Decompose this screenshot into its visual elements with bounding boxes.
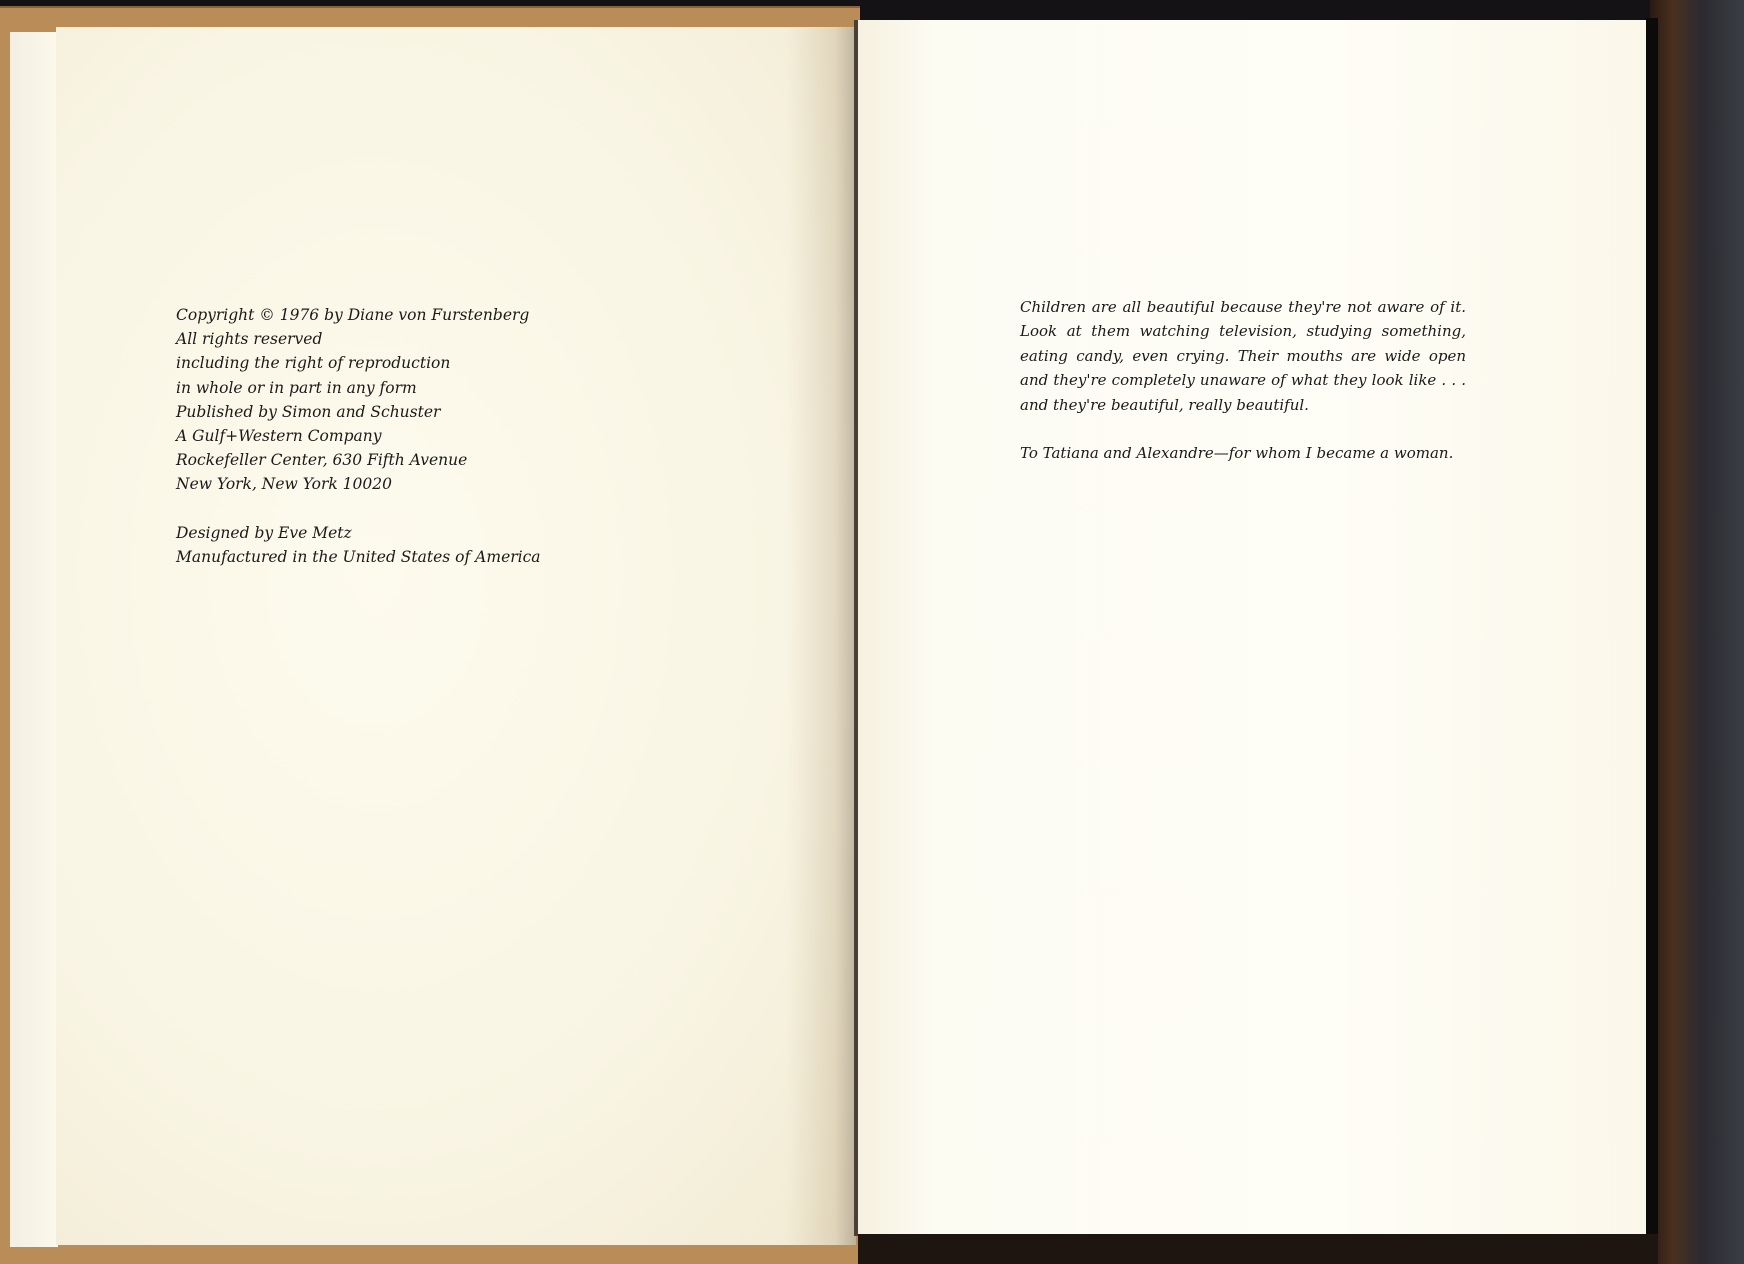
right-cover-edge bbox=[1646, 18, 1658, 1236]
left-page bbox=[56, 27, 856, 1245]
form-line: in whole or in part in any form bbox=[176, 376, 541, 400]
manufacturing-note: Manufactured in the United States of Ame… bbox=[176, 545, 541, 569]
bottom-shadow bbox=[858, 1234, 1658, 1264]
background-right bbox=[1650, 0, 1744, 1264]
publisher-line: Published by Simon and Schuster bbox=[176, 400, 541, 424]
epigraph-paragraph: Children are all beautiful because they'… bbox=[1020, 295, 1466, 417]
parent-company-line: A Gulf+Western Company bbox=[176, 424, 541, 448]
city-line: New York, New York 10020 bbox=[176, 472, 541, 496]
left-flyleaf-edge bbox=[10, 32, 58, 1247]
designer-credit: Designed by Eve Metz bbox=[176, 521, 541, 545]
copyright-line: Copyright © 1976 by Diane von Furstenber… bbox=[176, 303, 541, 327]
reproduction-line: including the right of reproduction bbox=[176, 351, 541, 375]
right-page bbox=[858, 20, 1646, 1234]
dedication-paragraph: To Tatiana and Alexandre—for whom I beca… bbox=[1020, 441, 1466, 465]
copyright-notice: Copyright © 1976 by Diane von Furstenber… bbox=[176, 303, 541, 569]
rights-line: All rights reserved bbox=[176, 327, 541, 351]
epigraph-block: Children are all beautiful because they'… bbox=[1020, 295, 1466, 465]
address-line: Rockefeller Center, 630 Fifth Avenue bbox=[176, 448, 541, 472]
